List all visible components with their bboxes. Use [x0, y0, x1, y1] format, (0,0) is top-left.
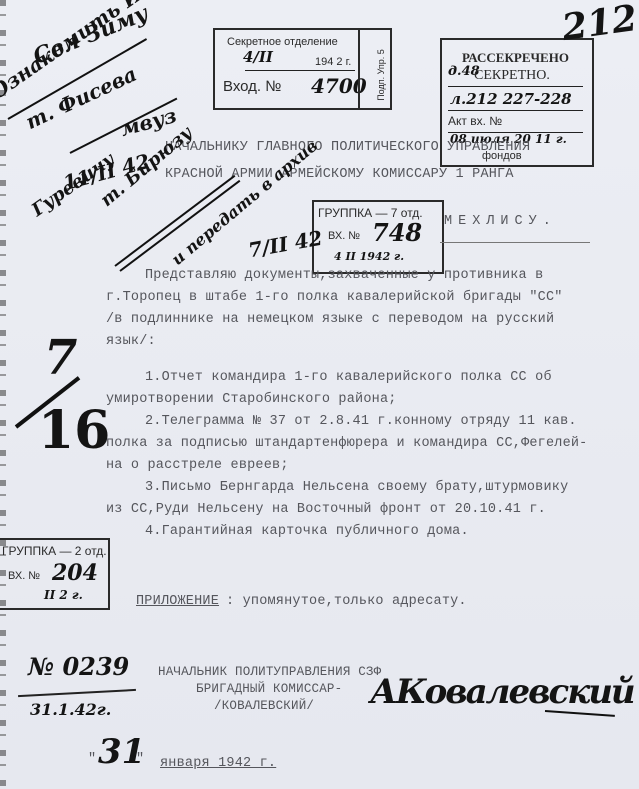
margin-number-2: 16: [38, 400, 110, 461]
item-3-line-2: из СС,Руди Нельсену на Восточный фронт о…: [106, 502, 546, 517]
outgoing-number: № 0239: [28, 652, 129, 681]
margin-number-1: 7: [44, 330, 77, 386]
body-line-2: г.Торопец в штабе 1-го полка кавалерийск…: [106, 290, 563, 305]
stamp-side-text: Подп. Упр. 5: [376, 49, 386, 101]
signature-line-1: НАЧАЛЬНИК ПОЛИТУПРАВЛЕНИЯ СЗФ: [158, 665, 381, 679]
item-2-line-2: полка за подписью штандартенфюрера и ком…: [106, 436, 587, 451]
item-4-line-1: 4.Гарантийная карточка публичного дома.: [145, 524, 469, 539]
page-left-edge: [0, 0, 6, 789]
signature-line-3: /КОВАЛЕВСКИЙ/: [214, 699, 314, 713]
outgoing-date: 31.1.42г.: [30, 700, 111, 719]
stamp-group7-incoming-number: 748: [372, 218, 422, 247]
stamp-group7-incoming-label: ВХ. №: [328, 230, 360, 242]
date-quote-close: ": [136, 752, 144, 767]
item-2-line-1: 2.Телеграмма № 37 от 2.8.41 г.конному от…: [145, 414, 577, 429]
stamp-date-day: 4/II: [243, 48, 273, 66]
date-rest: января 1942 г.: [160, 756, 276, 771]
item-1-line-1: 1.Отчет командира 1-го кавалерийского по…: [145, 370, 552, 385]
item-3-line-1: 3.Письмо Бернгарда Нельсена своему брату…: [145, 480, 568, 495]
addressee-line-2: КРАСНОЙ АРМИИ АРМЕЙСКОМУ КОМИССАРУ 1 РАН…: [165, 167, 514, 182]
stamp-year: 194 2 г.: [315, 56, 351, 68]
stamp-group7-date: 4 II 1942 г.: [334, 250, 404, 263]
addressee-line-1: НАЧАЛЬНИКУ ГЛАВНОГО ПОЛИТИЧЕСКОГО УПРАВЛ…: [165, 140, 530, 155]
addressee-line-3: МЕХЛИСУ.: [444, 214, 557, 229]
stamp-group2-incoming-number: 204: [52, 560, 98, 586]
item-1-line-2: умиротворении Старобинского района;: [106, 392, 397, 407]
stamp-group2-title: ГРУППКА — 2 отд.: [2, 544, 107, 558]
signature: АКовалевский: [370, 672, 634, 712]
attachment-text: : упомянутое,только адресату.: [226, 594, 467, 609]
item-2-line-3: на о расстреле евреев;: [106, 458, 289, 473]
stamp-secret-crossed: СЕКРЕТНО.: [474, 68, 550, 84]
stamp-incoming-label: Вход. №: [223, 78, 281, 95]
stamp-title: Секретное отделение: [227, 36, 338, 48]
stamp-group2-date: II 2 г.: [44, 588, 83, 602]
body-line-4: язык/:: [106, 334, 156, 349]
stamp-group2-incoming-label: ВХ. №: [8, 570, 40, 582]
stamp-act-label: Акт вх. №: [448, 114, 502, 128]
stamp-group-7: ГРУППКА — 7 отд. ВХ. № 748 4 II 1942 г.: [312, 200, 444, 274]
body-line-1: Представляю документы,захваченные у прот…: [145, 268, 543, 283]
signature-line-2: БРИГАДНЫЙ КОМИССАР-: [196, 682, 342, 696]
stamp-secret-department: Секретное отделение 4/II 194 2 г. Вход. …: [213, 28, 392, 110]
date-quote-open: ": [88, 752, 96, 767]
stamp-group-2: ГРУППКА — 2 отд. ВХ. № 204 II 2 г.: [0, 538, 110, 610]
attachment-label: ПРИЛОЖЕНИЕ: [136, 594, 219, 609]
body-line-3: /в подлиннике на немецком языке с перево…: [106, 312, 554, 327]
stamp-declassified-line2: л.212 227-228: [450, 90, 572, 108]
